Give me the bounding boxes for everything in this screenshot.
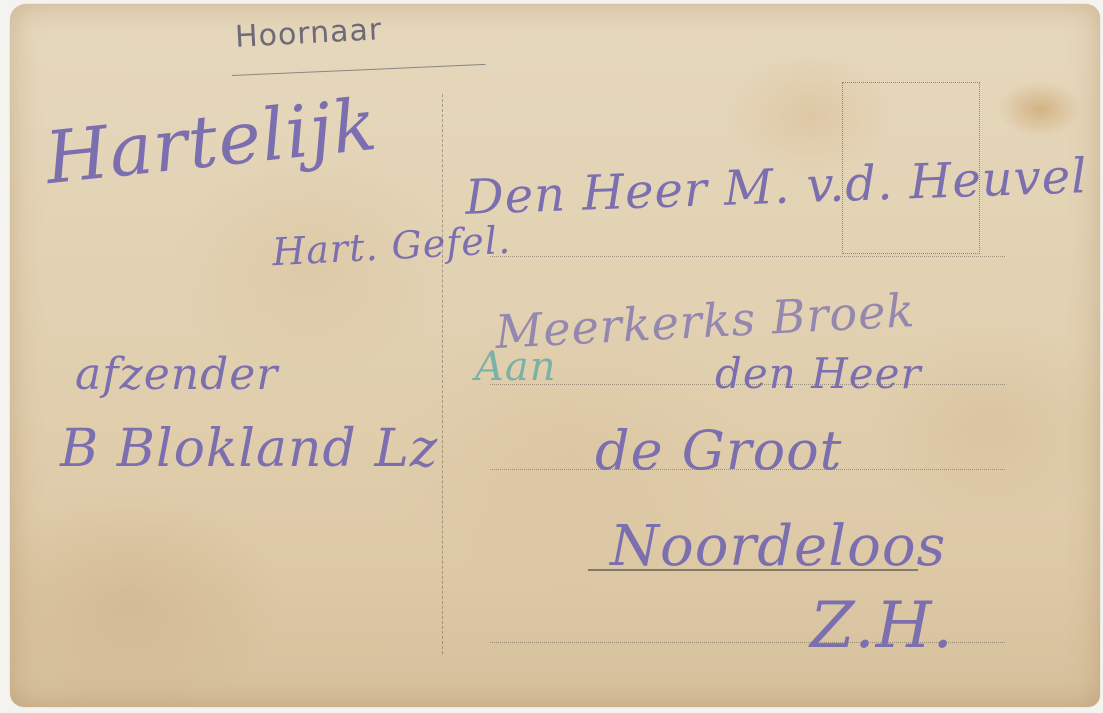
recipient-surname: de Groot: [595, 419, 842, 482]
address-line-1: [490, 256, 1005, 257]
message-signoff: Hart. Gefel.: [271, 218, 512, 274]
pencil-note: Hoornaar: [234, 12, 383, 55]
postcard-back: Hoornaar Hartelijk Hart. Gefel. afzender…: [10, 4, 1100, 707]
overwritten-den-heer: den Heer: [715, 349, 922, 398]
sender-label: afzender: [75, 349, 278, 400]
recipient-village: Noordeloos: [610, 514, 946, 579]
pencil-underline: [232, 64, 486, 76]
message-greeting: Hartelijk: [42, 82, 382, 200]
overwritten-aan: Aan: [475, 344, 557, 390]
recipient-name: Den Heer M. v.d. Heuvel: [464, 148, 1088, 226]
card-divider-line: [442, 94, 443, 654]
recipient-town: Meerkerks Broek: [494, 283, 917, 359]
sender-name: B Blokland Lz: [60, 419, 438, 479]
recipient-province: Z.H.: [810, 589, 954, 663]
